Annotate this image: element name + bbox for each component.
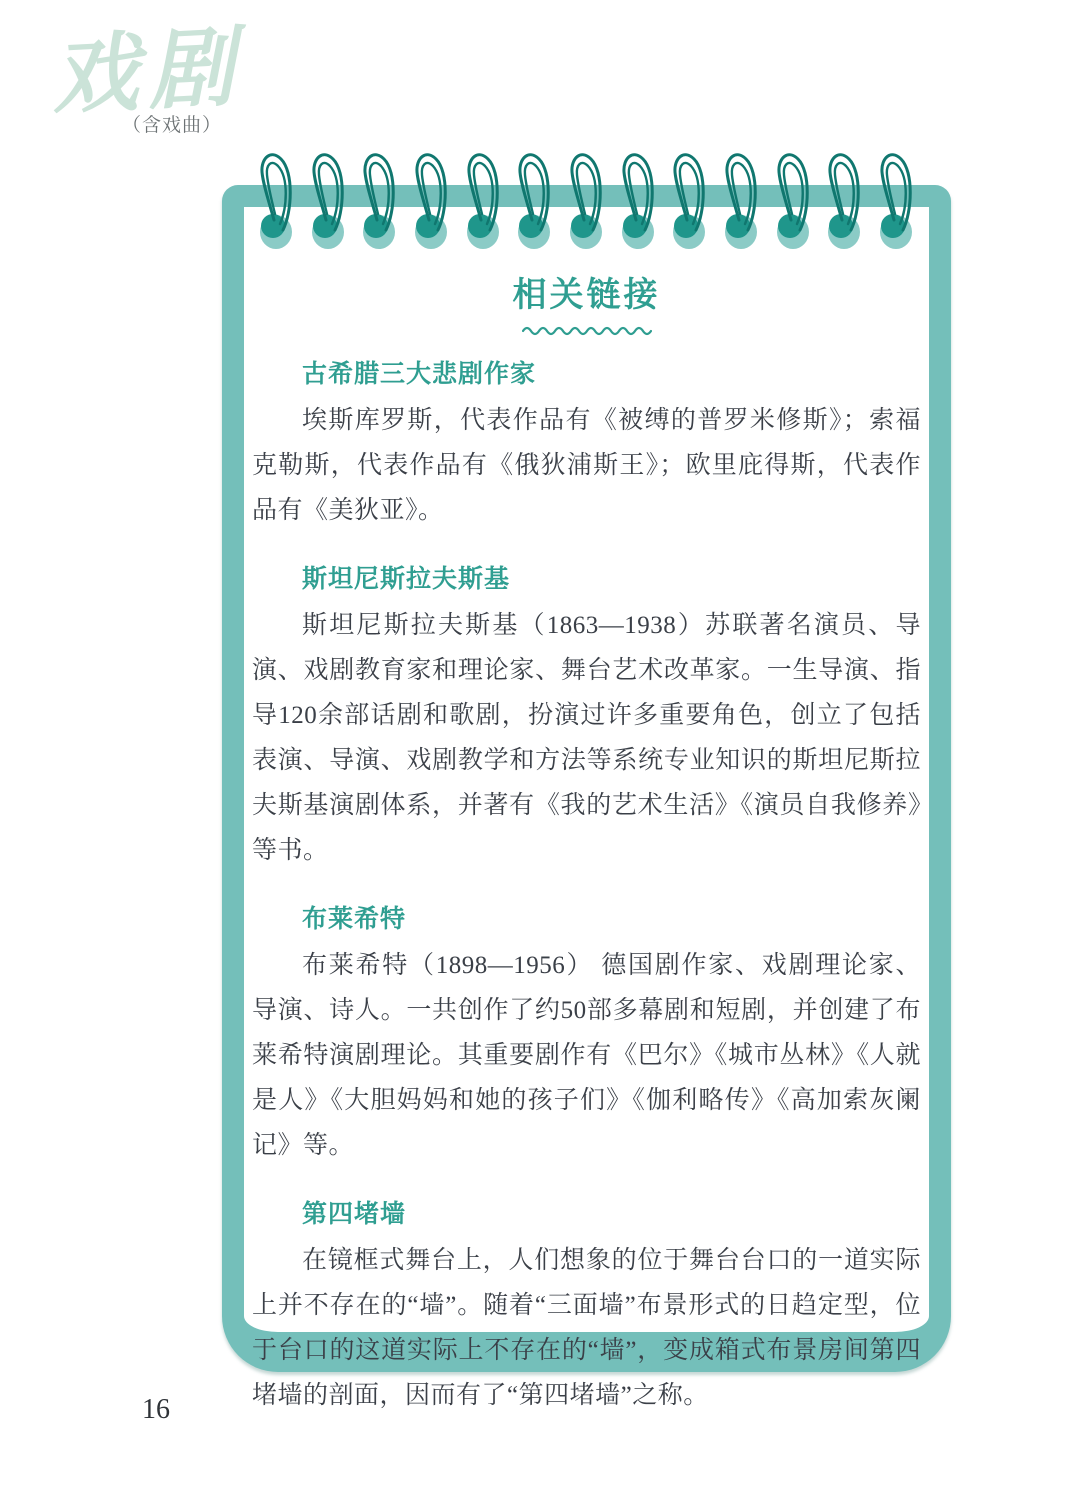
section-heading: 布莱希特: [252, 903, 921, 935]
section: 布莱希特布莱希特（1898—1956） 德国剧作家、戏剧理论家、导演、诗人。一共…: [252, 903, 921, 1168]
section-body: 埃斯库罗斯，代表作品有《被缚的普罗米修斯》；索福克勒斯，代表作品有《俄狄浦斯王》…: [252, 398, 921, 533]
brand-logo-text: 戏剧: [50, 22, 294, 120]
wavy-underline-icon: [522, 324, 652, 336]
section-body: 斯坦尼斯拉夫斯基（1863—1938）苏联著名演员、导演、戏剧教育家和理论家、舞…: [252, 603, 921, 873]
section-body: 布莱希特（1898—1956） 德国剧作家、戏剧理论家、导演、诗人。一共创作了约…: [252, 943, 921, 1168]
section-body: 在镜框式舞台上，人们想象的位于舞台台口的一道实际上并不存在的“墙”。随着“三面墙…: [252, 1238, 921, 1418]
book-page: 戏剧 （含戏曲） 相关链接 古希腊三大悲剧作家埃斯库罗斯，代表作品有《被缚的普罗…: [0, 0, 1065, 1508]
page-number: 16: [142, 1394, 170, 1426]
notebook-card: 相关链接 古希腊三大悲剧作家埃斯库罗斯，代表作品有《被缚的普罗米修斯》；索福克勒…: [222, 185, 951, 1372]
notebook-card-content: 相关链接 古希腊三大悲剧作家埃斯库罗斯，代表作品有《被缚的普罗米修斯》；索福克勒…: [244, 207, 929, 1332]
section: 斯坦尼斯拉夫斯基斯坦尼斯拉夫斯基（1863—1938）苏联著名演员、导演、戏剧教…: [252, 563, 921, 873]
brand-logo-subtitle: （含戏曲）: [122, 110, 222, 137]
section-heading: 第四堵墙: [252, 1198, 921, 1230]
section-heading: 古希腊三大悲剧作家: [252, 358, 921, 390]
section: 古希腊三大悲剧作家埃斯库罗斯，代表作品有《被缚的普罗米修斯》；索福克勒斯，代表作…: [252, 358, 921, 533]
card-title: 相关链接: [252, 267, 921, 316]
brand-logo: 戏剧 （含戏曲）: [52, 28, 292, 148]
sections-list: 古希腊三大悲剧作家埃斯库罗斯，代表作品有《被缚的普罗米修斯》；索福克勒斯，代表作…: [252, 358, 921, 1418]
section-heading: 斯坦尼斯拉夫斯基: [252, 563, 921, 595]
section: 第四堵墙在镜框式舞台上，人们想象的位于舞台台口的一道实际上并不存在的“墙”。随着…: [252, 1198, 921, 1418]
